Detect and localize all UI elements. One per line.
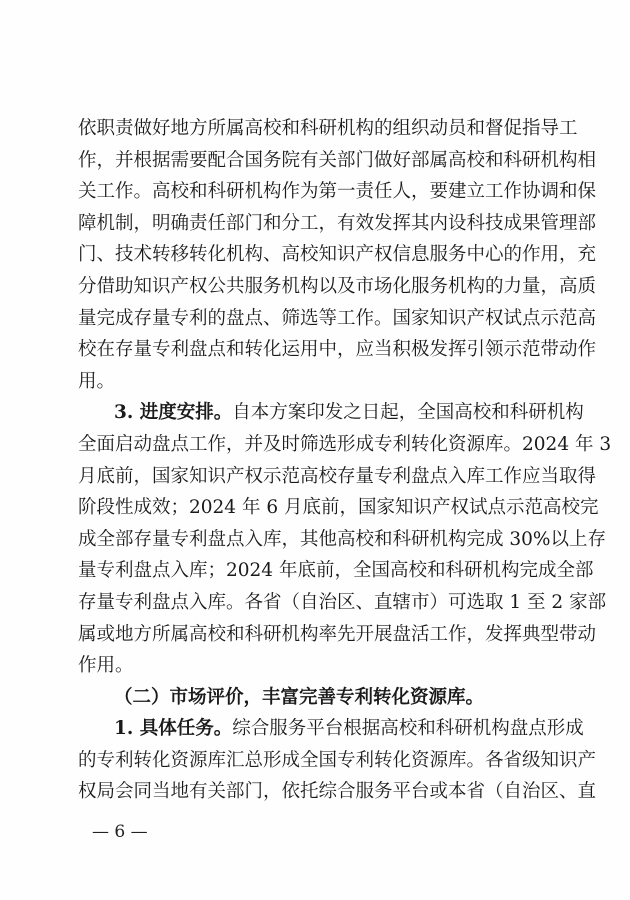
text-line: 量专利盘点入库；2024 年底前，全国高校和科研机构完成全部	[78, 555, 558, 587]
text-line: 成全部存量专利盘点入库，其他高校和科研机构完成 30%以上存	[78, 524, 558, 556]
text-line: 量完成存量专利的盘点、筛选等工作。国家知识产权试点示范高	[78, 303, 558, 335]
numbered-item-line: 1. 具体任务。综合服务平台根据高校和科研机构盘点形成	[78, 713, 558, 745]
text-line: 校在存量专利盘点和转化运用中，应当积极发挥引领示范带动作	[78, 334, 558, 366]
body-text: 依职责做好地方所属高校和科研机构的组织动员和督促指导工 作，并根据需要配合国务院…	[78, 113, 558, 808]
text-line: 作，并根据需要配合国务院有关部门做好部属高校和科研机构相	[78, 145, 558, 177]
document-page: 依职责做好地方所属高校和科研机构的组织动员和督促指导工 作，并根据需要配合国务院…	[0, 0, 630, 900]
numbered-item-line: 3. 进度安排。自本方案印发之日起，全国高校和科研机构	[78, 397, 558, 429]
text-line: 障机制，明确责任部门和分工，有效发挥其内设科技成果管理部	[78, 208, 558, 240]
text-line: 全面启动盘点工作，并及时筛选形成专利转化资源库。2024 年 3	[78, 429, 558, 461]
text-line: 属或地方所属高校和科研机构率先开展盘活工作，发挥典型带动	[78, 619, 558, 651]
text-line: 月底前，国家知识产权示范高校存量专利盘点入库工作应当取得	[78, 461, 558, 493]
text-line: 分借助知识产权公共服务机构以及市场化服务机构的力量，高质	[78, 271, 558, 303]
text-line: 用。	[78, 366, 558, 398]
item-heading-schedule: 3. 进度安排。	[114, 402, 232, 423]
text-line: 依职责做好地方所属高校和科研机构的组织动员和督促指导工	[78, 113, 558, 145]
item-text: 综合服务平台根据高校和科研机构盘点形成	[232, 718, 584, 739]
text-line: 的专利转化资源库汇总形成全国专利转化资源库。各省级知识产	[78, 745, 558, 777]
text-line: 阶段性成效；2024 年 6 月底前，国家知识产权试点示范高校完	[78, 492, 558, 524]
text-line: 权局会同当地有关部门，依托综合服务平台或本省（自治区、直	[78, 776, 558, 808]
page-number: — 6 —	[92, 822, 148, 842]
item-heading-task: 1. 具体任务。	[114, 718, 232, 739]
text-line: 作用。	[78, 650, 558, 682]
section-heading: （二）市场评价，丰富完善专利转化资源库。	[78, 682, 558, 714]
text-line: 门、技术转移转化机构、高校知识产权信息服务中心的作用，充	[78, 239, 558, 271]
text-line: 关工作。高校和科研机构作为第一责任人，要建立工作协调和保	[78, 176, 558, 208]
text-line: 存量专利盘点入库。各省（自治区、直辖市）可选取 1 至 2 家部	[78, 587, 558, 619]
item-text: 自本方案印发之日起，全国高校和科研机构	[232, 402, 584, 423]
